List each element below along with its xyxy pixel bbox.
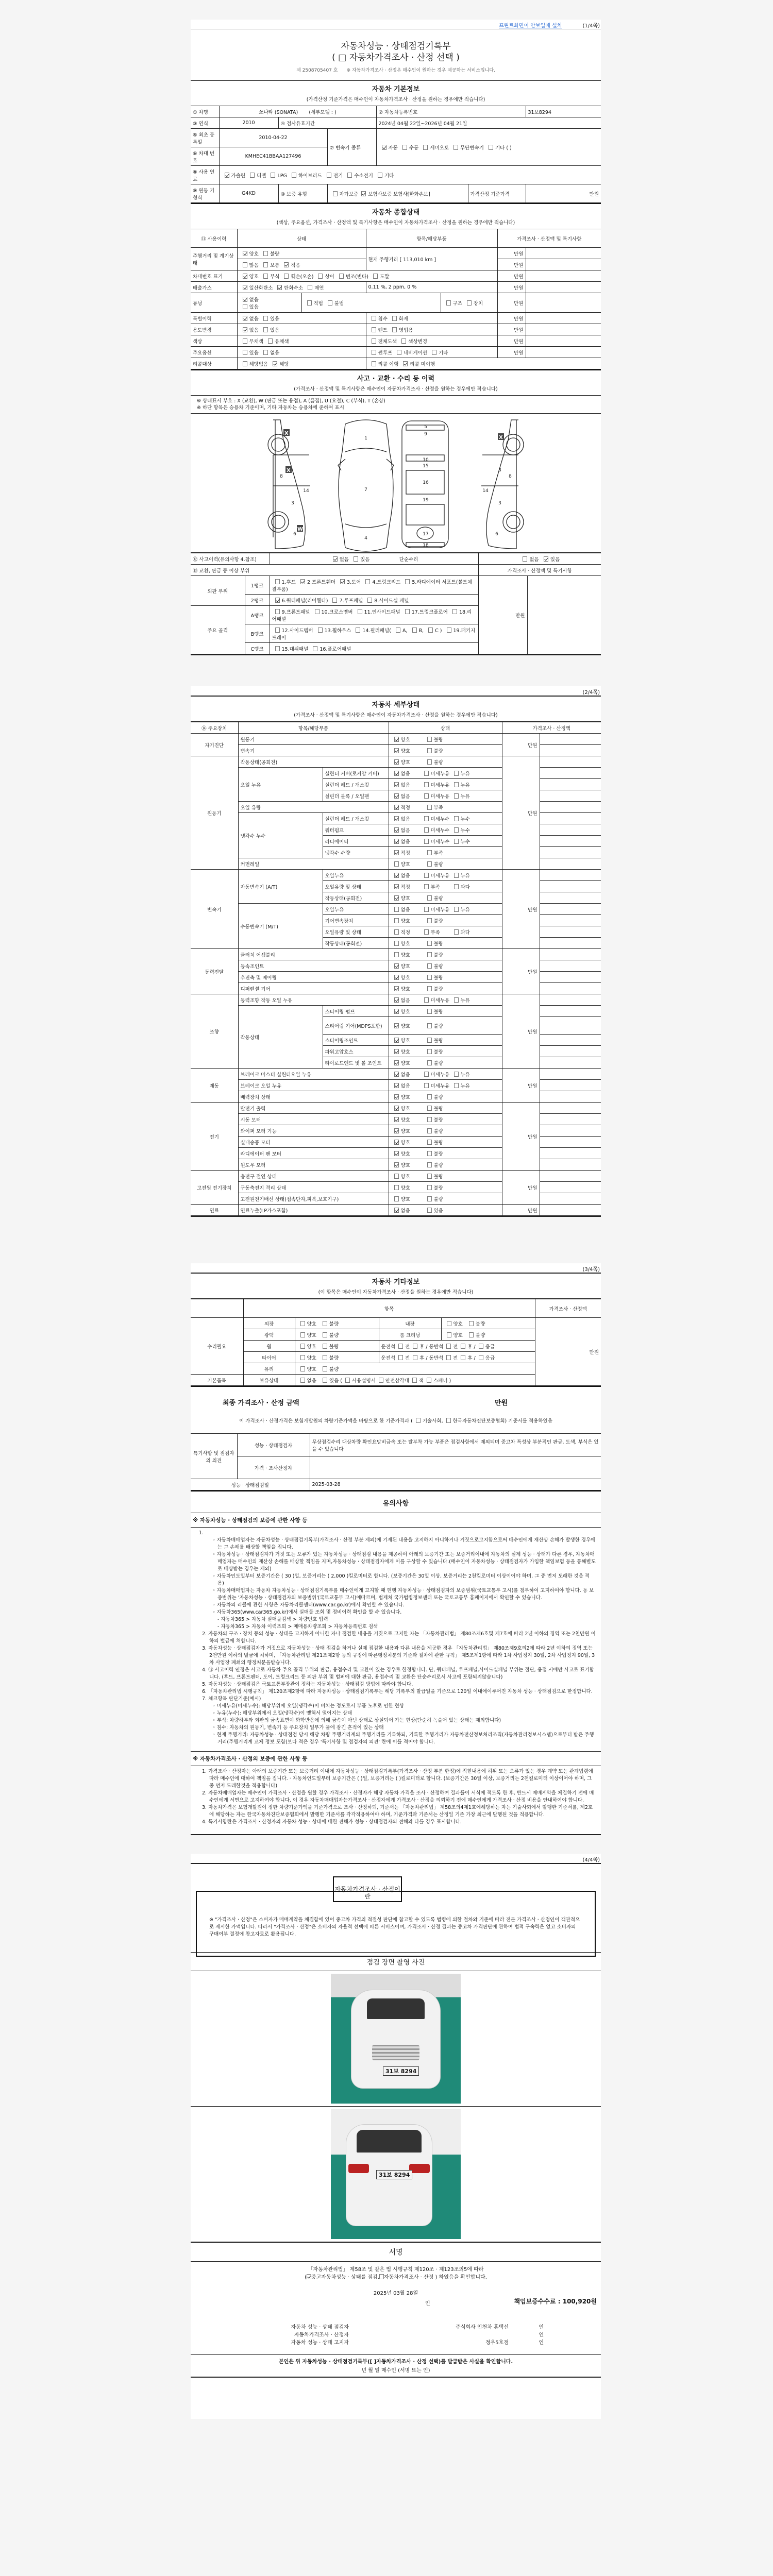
state-options: 양호불량 — [389, 1091, 502, 1103]
checkbox — [225, 173, 229, 178]
col-item: 항목/해당부품 — [238, 722, 389, 734]
item-label: 배력장치 상태 — [238, 1091, 389, 1103]
about-text: ※ "가격조사 · 산정"은 소비자가 매매계약을 체결함에 있어 중고차 가격… — [209, 1917, 580, 1938]
vin: KMHEC41BBAA127496 — [219, 147, 327, 166]
svg-text:14: 14 — [482, 488, 489, 494]
checkbox — [427, 1128, 432, 1133]
checkbox-label: 있음 — [360, 557, 369, 563]
checkbox — [427, 975, 432, 980]
print-help-link[interactable]: 프린트화면이 안보일때 설치 — [499, 21, 562, 29]
checkbox — [427, 986, 432, 991]
item-label: 수동변속기 (M/T) — [238, 904, 323, 949]
item-label: 등속조인트 — [238, 960, 389, 972]
history-cell: 없음 있음 단순수리 — [270, 553, 478, 565]
base-price-unit: 만원 — [526, 184, 601, 203]
engine-type: G4KD — [219, 184, 278, 203]
price-value — [540, 768, 601, 779]
detail-note: (가격조사 · 산정액 및 특기사항은 매수인이 자동차가격조사 · 산정을 원… — [191, 709, 601, 722]
checkbox-label: 없음 — [249, 328, 259, 333]
checkbox — [394, 793, 399, 799]
checkbox — [394, 997, 399, 1003]
tuning-kind: 구조 장치 — [441, 293, 497, 313]
price-unit: 만원 — [497, 335, 526, 347]
state-options: 양호불량 — [389, 1057, 502, 1069]
mileage-value: 현재 주행거리 [ 113,010 km ] — [366, 248, 497, 270]
state-options: 양호불량 — [389, 858, 502, 870]
seal-mark: 인 — [425, 2299, 430, 2307]
checkbox — [467, 300, 472, 306]
svg-text:10: 10 — [423, 457, 429, 463]
use-label: 용도변경 — [191, 324, 237, 335]
checkbox-label: 무채색 — [249, 339, 264, 345]
overall-heading: 자동차 종합상태 — [191, 203, 601, 216]
item-label: 고전원전기배선 상태(접속단자,피복,보호기구) — [238, 1193, 389, 1205]
checkbox — [401, 338, 406, 344]
subitem-label: 스티어링 기어(MDPS포함) — [323, 1017, 389, 1035]
checkbox — [268, 338, 273, 344]
frame-label: 주요 골격 — [191, 606, 245, 654]
checkbox — [454, 816, 459, 821]
subitem-label: 오일누유 — [323, 870, 389, 881]
tire-label: 타이어 — [243, 1352, 295, 1363]
special-options: 없음 있음 — [237, 313, 366, 324]
checkbox — [347, 173, 352, 178]
checkbox — [332, 598, 337, 603]
checkbox — [394, 929, 399, 935]
checkbox-label: 디젤 — [257, 173, 266, 179]
parts-price-label: 가격조사 · 산정액 및 특기사항 — [478, 565, 601, 576]
signer-name — [349, 2330, 509, 2338]
color-options: 무채색 유채색 — [237, 335, 366, 347]
checkbox — [263, 327, 268, 332]
checkbox-label: 장치 — [474, 301, 483, 307]
checkbox — [394, 759, 399, 765]
detail-row: 고전원 전기장치충전구 절연 상태양호불량만원 — [191, 1171, 601, 1182]
checkbox-label: 렌트 — [378, 328, 388, 333]
checkbox — [394, 963, 399, 969]
checkbox — [243, 327, 247, 332]
svg-text:4: 4 — [364, 536, 367, 541]
vin-label: ⑥ 차대 번호 — [191, 147, 219, 166]
device-group-label: 전기 — [191, 1103, 238, 1171]
checkbox — [275, 579, 280, 584]
checkbox-label: 탄화수소 — [284, 285, 303, 291]
checkbox — [292, 173, 296, 178]
price-value — [540, 1137, 601, 1148]
rankB-label: B랭크 — [245, 624, 270, 643]
checkbox-label: 화재 — [399, 316, 408, 322]
fuel-options: 가솔린 디젤 LPG 하이브리드 전기 수소전기 기타 — [219, 166, 601, 184]
page-number: (3/4쪽) — [582, 1265, 600, 1273]
subitem-label: 오일유량 및 상태 — [323, 926, 389, 938]
signer-role: 자동차가격조사 · 산정자 — [191, 2330, 349, 2338]
checkbox — [243, 350, 247, 355]
inspector-opinion: 무상점검수리 대상차량 확인요망비금속 또는 탈부착 가능 부품은 점검사항에서… — [310, 1434, 601, 1456]
state-options: 양호불량 — [389, 938, 502, 949]
emission-label: 배출가스 — [191, 282, 237, 293]
hold-label: 보유상태 — [243, 1375, 295, 1386]
detail-row: 브레이크 오일 누유없음미세누유누유 — [191, 1080, 601, 1091]
checkbox-label: 세미오토 — [430, 145, 449, 151]
simple-repair-options: 없음 있음 — [478, 553, 601, 565]
checkbox — [392, 316, 397, 321]
signer-role: 자동차 성능 · 상태 고지자 — [191, 2338, 349, 2346]
checkbox-label: B, — [419, 628, 424, 634]
device-group-label: 연료 — [191, 1205, 238, 1216]
mileage-state: 양호 불량 — [237, 248, 366, 259]
checkbox — [394, 861, 399, 867]
option-items: 썬루프 네비게이션 기타 — [366, 347, 497, 358]
detail-row: 자기진단원동기양호불량만원 — [191, 734, 601, 745]
checkbox — [392, 327, 397, 332]
col-price: 가격조사 · 산정액 — [502, 722, 601, 734]
detail-row: 윈도우 모터양호불량 — [191, 1159, 601, 1171]
price-value — [540, 1017, 601, 1035]
checkbox — [424, 816, 429, 821]
checkbox-label: 9.프론트패널 — [282, 609, 310, 615]
checkbox-label: 10.크로스멤버 — [322, 609, 353, 615]
detail-row: 시동 모터양호불량 — [191, 1114, 601, 1125]
checkbox — [275, 598, 280, 603]
price-value — [540, 960, 601, 972]
price-unit: 만원 — [497, 270, 526, 282]
about-title: 자동차가격조사 · 산정이란 — [333, 1876, 402, 1902]
checkbox-label: 없음 — [249, 297, 259, 303]
detail-table: ⑭ 주요장치 항목/해당부품 상태 가격조사 · 산정액 자기진단원동기양호불량… — [191, 722, 601, 1216]
state-options: 없음미세누수누수 — [389, 813, 502, 824]
detail-row: 조향동력조향 작동 오일 누유없음미세누유누유만원 — [191, 994, 601, 1006]
checkbox — [271, 173, 275, 178]
detail-row: 오일 누유실린더 커버(로커암 커버)없음미세누유누유 — [191, 768, 601, 779]
checkbox — [250, 173, 255, 178]
price-unit: 만원 — [497, 347, 526, 358]
svg-text:9: 9 — [424, 432, 427, 437]
car-damage-diagram: 174 59101516191718 83614 833614 X X W X — [191, 414, 601, 553]
notice2-title: ※ 자동차가격조사 · 산정의 보증에 관한 사항 등 — [191, 1751, 601, 1766]
checkbox — [300, 579, 305, 584]
checkbox — [263, 274, 268, 279]
subitem-label: 실린더 블록 / 오일팬 — [323, 790, 389, 802]
subitem-label: 실린더 커버(로커암 커버) — [323, 768, 389, 779]
checkbox-label: 네비게이션 — [404, 350, 427, 356]
signer-seal: 인 — [509, 2323, 544, 2330]
checkbox — [454, 884, 459, 889]
rankC-items: 15.대쉬패널 16.플로어패널 — [270, 643, 478, 654]
notice1-body: 1.◦ 자동차매매업자는 자동차성능 · 상태점검기록부(가격조사 · 산정 부… — [191, 1528, 601, 1751]
law-line: 「자동차관리법」 제58조 및 같은 법 시행규칙 제120조 · 제123조의… — [191, 2265, 601, 2273]
car-outline-icon: 174 59101516191718 83614 833614 X X W X — [191, 414, 601, 553]
checkbox — [394, 737, 399, 742]
state-options: 양호불량 — [389, 949, 502, 960]
checkbox — [394, 1094, 399, 1099]
price-value — [540, 1148, 601, 1159]
warranty-label: ⑩ 보증 유형 — [278, 184, 327, 203]
inspection-photo-rear: 31보 8294 — [331, 2109, 461, 2239]
checkbox — [328, 300, 332, 306]
checkbox — [427, 1208, 432, 1213]
color-label: 색상 — [191, 335, 237, 347]
checkbox — [394, 816, 399, 821]
checkbox — [424, 839, 429, 844]
state-options: 양호불량 — [389, 1182, 502, 1193]
price-unit: 만원 — [502, 756, 540, 870]
checkbox-label: 전체도색 — [378, 339, 397, 345]
checkbox-label: 도말 — [380, 274, 389, 280]
device-group-label: 조향 — [191, 994, 238, 1069]
checkbox — [315, 609, 320, 614]
checkbox — [358, 609, 362, 614]
detail-row: 구동축전지 격리 상태양호불량 — [191, 1182, 601, 1193]
price-unit: 만원 — [502, 1069, 540, 1103]
checkbox — [427, 1106, 432, 1111]
rank2-items: 6.쿼터패널(리어휀다) 7.루프패널 8.사이드실 패널 — [270, 595, 478, 606]
opinion-label: 특기사항 및 점검자의 의견 — [191, 1434, 237, 1479]
detail-row: 작동상태스티어링 펌프양호불량 — [191, 1006, 601, 1017]
car-name: 쏘나타 (SONATA) — [259, 110, 298, 115]
svg-text:3: 3 — [291, 501, 294, 506]
col-state: 상태 — [237, 229, 366, 248]
state-options: 없음미세누유누유 — [389, 1080, 502, 1091]
checkbox — [424, 827, 429, 833]
detail-row: 와이퍼 모터 기능양호불량 — [191, 1125, 601, 1137]
item-label: 연료누출(LP가스포함) — [238, 1205, 389, 1216]
price-value — [540, 802, 601, 813]
checkbox-label: 리콜 미이행 — [410, 362, 435, 367]
price-value — [540, 881, 601, 892]
checkbox — [356, 628, 360, 633]
checkbox — [427, 1117, 432, 1122]
checkbox-label: 13.휠하우스 — [325, 628, 351, 634]
checkbox — [394, 1117, 399, 1122]
state-options: 양호불량 — [389, 1017, 502, 1035]
item-label: 클러치 어셈블리 — [238, 949, 389, 960]
checkbox — [372, 350, 376, 355]
device-group-label: 고전원 전기장치 — [191, 1171, 238, 1205]
detail-row: 동력전달클러치 어셈블리양호불량만원 — [191, 949, 601, 960]
detail-row: 실내송풍 모터양호불량 — [191, 1137, 601, 1148]
price-unit: 만원 — [502, 870, 540, 949]
overall-note: (색상, 주요옵션, 가격조사 · 산정액 및 특기사항은 매수인이 자동차가격… — [191, 216, 601, 229]
checkbox-label: 하이브리드 — [298, 173, 322, 179]
gloss-label: 광택 — [243, 1329, 295, 1341]
checkbox — [523, 556, 527, 562]
page-1: 프린트화면이 안보일때 설치 (1/4쪽) 자동차성능 · 상태점검기록부 ( … — [191, 20, 601, 655]
checkbox — [454, 929, 459, 935]
checkbox — [454, 907, 459, 912]
checkbox — [333, 556, 338, 562]
checkbox — [394, 839, 399, 844]
svg-text:16: 16 — [423, 480, 429, 485]
item-label: 실내송풍 모터 — [238, 1137, 389, 1148]
checkbox — [427, 1049, 432, 1054]
checkbox — [424, 1083, 429, 1088]
checkbox — [427, 918, 432, 923]
checkbox — [243, 251, 247, 256]
checkbox — [447, 628, 451, 633]
checkbox — [394, 771, 399, 776]
detail-row: 변속기양호불량 — [191, 745, 601, 756]
checkbox-label: 15.대쉬패널 — [282, 647, 309, 652]
detail-row: 연료연료누출(LP가스포함)없음있음만원 — [191, 1205, 601, 1216]
checkbox — [394, 1038, 399, 1043]
svg-text:6: 6 — [293, 532, 296, 537]
state-options: 양호불량 — [389, 915, 502, 926]
checkbox — [427, 941, 432, 946]
state-options: 없음미세누수누수 — [389, 836, 502, 847]
checkbox-label: 상이 — [325, 274, 334, 280]
glass-label: 유리 — [243, 1363, 295, 1375]
price-value — [540, 1182, 601, 1193]
appraiser-opinion — [310, 1456, 601, 1479]
checkbox — [394, 1151, 399, 1156]
checkbox-label: 없음 — [249, 316, 259, 322]
checkbox-label: 14.필러패널( — [362, 628, 391, 634]
checkbox — [394, 1049, 399, 1054]
svg-text:17: 17 — [423, 532, 428, 537]
recall-label: 리콜대상 — [191, 358, 237, 369]
use-options: 없음 있음 — [237, 324, 366, 335]
checkbox — [394, 907, 399, 912]
checkbox — [427, 963, 432, 969]
checkbox — [367, 598, 372, 603]
checkbox-label: 자동 — [389, 145, 398, 151]
appraiser-label: 가격 · 조사산정자 — [237, 1456, 310, 1479]
document-note: ※ 자동차가격조사 · 산정은 매수인이 원하는 경우 제공하는 서비스입니다. — [347, 68, 495, 73]
mileage-label: 주행거리 및 계기상태 — [191, 248, 237, 270]
detail-row: 라디에이터 팬 모터양호불량 — [191, 1148, 601, 1159]
state-options: 없음미세누유누유 — [389, 870, 502, 881]
checkbox-label: 색상변경 — [408, 339, 427, 345]
fuel-label: ⑧ 사용 연료 — [191, 166, 219, 184]
checkbox — [544, 556, 548, 562]
checkbox — [372, 361, 376, 366]
checkbox-label: 1.후드 — [282, 580, 296, 585]
checkbox — [427, 1185, 432, 1190]
detail-row: 오일 유량적정부족 — [191, 802, 601, 813]
checkbox-label: 전기 — [333, 173, 343, 179]
price-unit: 만원 — [497, 293, 526, 313]
price-value — [540, 756, 601, 768]
accident-heading: 사고 · 교환 · 수리 등 이력 — [191, 369, 601, 383]
inspect-period: 2024년 04월 22일~2026년 04월 21일 — [376, 117, 601, 129]
checkbox — [446, 300, 451, 306]
price-value — [540, 813, 601, 824]
basic-info-heading: 자동차 기본정보 — [191, 81, 601, 93]
signer-name: 주식회사 인천차 홍택선 — [349, 2323, 509, 2330]
detail-row: 디퍼렌셜 기어양호불량 — [191, 983, 601, 994]
state-options: 적정부족과다 — [389, 881, 502, 892]
svg-text:8: 8 — [280, 474, 283, 479]
checkbox-label: 기타 — [439, 350, 448, 356]
col-price: 가격조사 · 산정액 및 특기사항 — [497, 229, 601, 248]
checkbox — [424, 884, 429, 889]
svg-text:8: 8 — [509, 474, 512, 479]
price-value — [540, 1091, 601, 1103]
col-item: 항목/해당부품 — [366, 229, 497, 248]
trans-label: ⑦ 변속기 종류 — [327, 129, 376, 166]
checkbox-label: 16.플로어패널 — [320, 647, 351, 652]
price-value — [540, 1035, 601, 1046]
price-value — [540, 892, 601, 904]
signer-row: 자동차가격조사 · 산정자 인 — [191, 2330, 601, 2338]
subitem-label: 실린더 헤드 / 개스킷 — [323, 779, 389, 790]
state-options: 양호불량 — [389, 1171, 502, 1182]
page-2: (2/4쪽) 자동차 세부상태 (가격조사 · 산정액 및 특기사항은 매수인이… — [191, 686, 601, 1217]
price-value — [540, 949, 601, 960]
checkbox-label: 있음 — [270, 316, 279, 322]
price-value — [540, 847, 601, 858]
final-price-label: 최종 가격조사 · 산정 금액 — [223, 1397, 299, 1407]
checkbox — [428, 628, 433, 633]
checkbox-label: 변조(변타) — [346, 274, 368, 280]
signer-seal: 인 — [509, 2330, 544, 2338]
checkbox — [394, 1083, 399, 1088]
checkbox — [318, 274, 323, 279]
checkbox-label: 있음 — [249, 350, 259, 356]
rank2-label: 2랭크 — [245, 595, 270, 606]
signer-row: 자동차 성능 · 상태 고지자 정우5호점 인 — [191, 2338, 601, 2346]
checkbox-appraisal — [379, 2274, 384, 2279]
checkbox-label: 3.도어 — [347, 580, 361, 585]
notice-heading: 유의사항 — [191, 1490, 601, 1513]
price-value — [540, 1125, 601, 1137]
svg-text:X: X — [287, 468, 291, 473]
checkbox — [243, 316, 247, 321]
reg-no: 31보8294 — [526, 106, 601, 117]
checkbox — [454, 873, 459, 878]
reg-no-label: ② 자동차등록번호 — [376, 106, 526, 117]
price-unit: 만원 — [502, 1103, 540, 1171]
checkbox — [427, 850, 432, 855]
checkbox — [394, 1140, 399, 1145]
checkbox-label: 많음 — [249, 263, 259, 268]
checkbox — [427, 1162, 432, 1167]
base-price-label: 가격산정 기준가격 — [468, 184, 526, 203]
checkbox — [394, 1009, 399, 1014]
price-value — [540, 904, 601, 915]
vin-mark-label: 차대번호 표기 — [191, 270, 237, 282]
simple-repair-label: 단순수리 — [399, 557, 418, 563]
checkbox — [378, 173, 382, 178]
state-options: 양호불량 — [389, 1114, 502, 1125]
checkbox — [427, 737, 432, 742]
subitem-label: 타이로드엔드 및 볼 조인트 — [323, 1057, 389, 1069]
checkbox — [284, 274, 289, 279]
state-options: 양호불량 — [389, 972, 502, 983]
subitem-label: 작동상태(공회전) — [323, 938, 389, 949]
checkbox — [263, 350, 268, 355]
price-unit: 만원 — [535, 1318, 601, 1386]
device-group-label: 원동기 — [191, 756, 238, 870]
subitem-label: 라디에이터 — [323, 836, 389, 847]
device-group-label: 변속기 — [191, 870, 238, 949]
item-label: 작동상태 — [238, 1006, 323, 1069]
checkbox — [354, 556, 358, 562]
checkbox — [382, 145, 386, 150]
device-group-label: 동력전달 — [191, 949, 238, 994]
checkbox — [424, 1072, 429, 1077]
checkbox — [427, 805, 432, 810]
checkbox — [427, 1023, 432, 1028]
col-item: 항목 — [243, 1299, 535, 1318]
checkbox-label: A, — [402, 628, 408, 634]
price-value — [540, 1080, 601, 1091]
price-value — [540, 870, 601, 881]
price-value — [540, 1114, 601, 1125]
svg-text:3: 3 — [498, 501, 501, 506]
mileage-level: 많음 보통 적음 — [237, 259, 366, 270]
hold-options: 없음 있음 (사용설명서안전삼각대잭스패너 ) — [295, 1375, 535, 1386]
